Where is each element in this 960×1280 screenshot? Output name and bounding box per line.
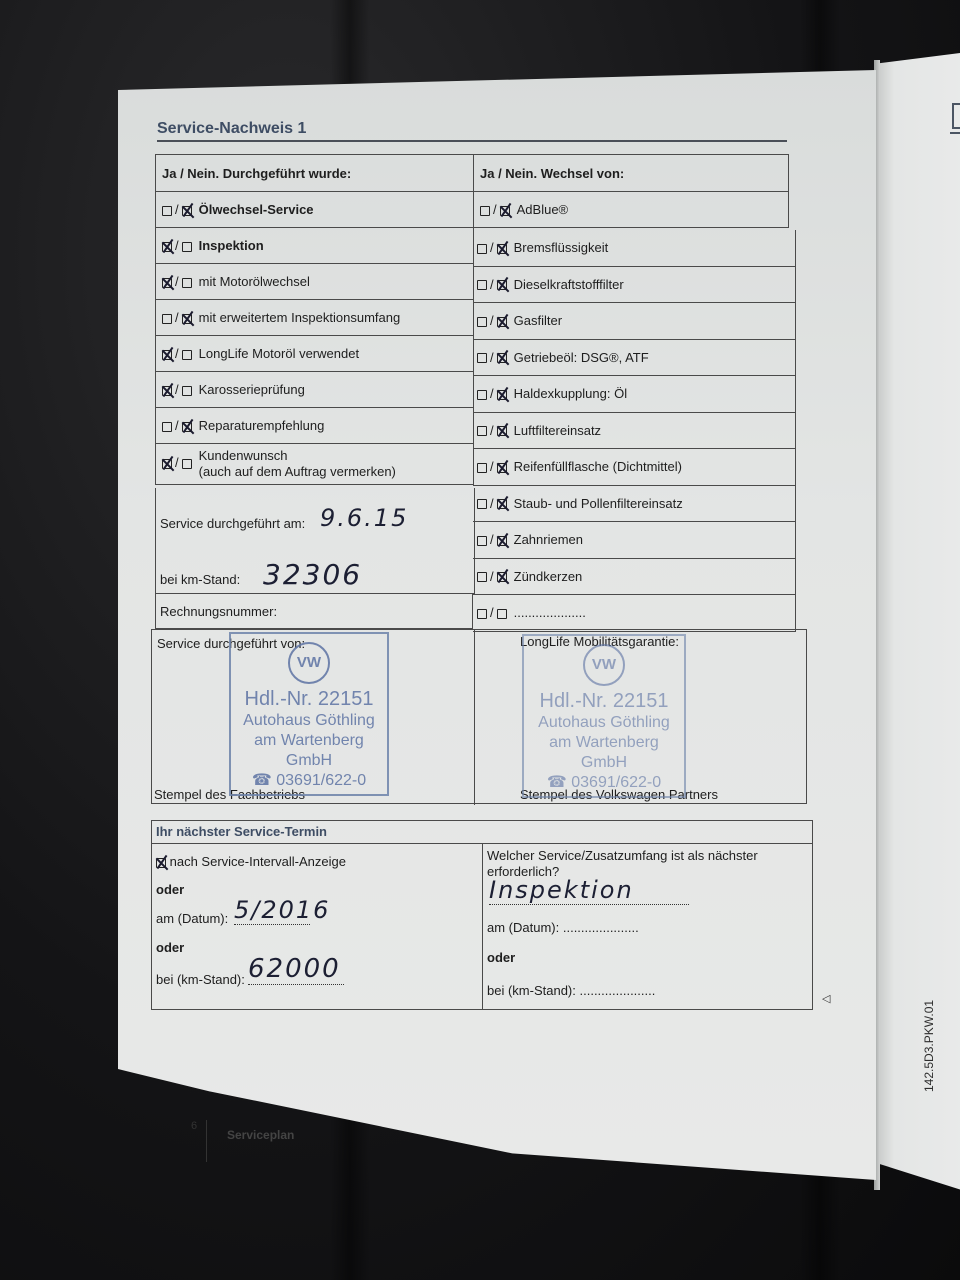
right-column-items: /Bremsflüssigkeit/Dieselkraftstofffilter…: [473, 230, 796, 632]
no-checkbox[interactable]: [182, 278, 192, 288]
check-mark-icon: [183, 315, 193, 325]
check-mark-icon: [183, 207, 193, 217]
separator: /: [493, 202, 497, 217]
separator: /: [490, 240, 494, 255]
item-label: LongLife Motoröl verwendet: [199, 346, 359, 361]
check-mark-icon: [183, 423, 193, 433]
right-km-field: bei (km-Stand): .....................: [487, 983, 655, 998]
yes-checkbox[interactable]: [162, 459, 172, 469]
yes-no-checkboxes: /: [477, 532, 507, 547]
separator: /: [490, 569, 494, 584]
yes-no-checkboxes: /: [162, 418, 192, 433]
no-checkbox[interactable]: [497, 463, 507, 473]
interval-checkbox[interactable]: [156, 858, 166, 868]
next-service-heading: Ihr nächster Service-Termin: [152, 821, 812, 844]
yes-checkbox[interactable]: [480, 206, 490, 216]
stamp-phone: ☎ 03691/622-0: [524, 773, 684, 793]
right-item: /Bremsflüssigkeit: [473, 230, 796, 267]
left-item: /mit Motorölwechsel: [156, 264, 474, 300]
check-mark-icon: [498, 391, 508, 401]
left-item: /Reparaturempfehlung: [156, 408, 474, 444]
no-checkbox[interactable]: [182, 314, 192, 324]
yes-no-checkboxes: /: [477, 496, 507, 511]
next-service-left: nach Service-Intervall-Anzeige oder am (…: [152, 844, 483, 1009]
item-label: Dieselkraftstofffilter: [514, 277, 624, 292]
stamps-row: Service durchgeführt von: Stempel des Fa…: [151, 629, 807, 804]
check-mark-icon: [157, 859, 167, 869]
right-date-field: am (Datum): .....................: [487, 920, 639, 935]
item-label: Staub- und Pollenfiltereinsatz: [514, 496, 683, 511]
next-km-value[interactable]: 62000: [248, 954, 344, 985]
stamp-phone: ☎ 03691/622-0: [231, 771, 387, 791]
stamp-dealer-number: Hdl.-Nr. 22151: [524, 690, 684, 713]
yes-checkbox[interactable]: [477, 317, 487, 327]
no-checkbox[interactable]: [182, 422, 192, 432]
title-rule: [157, 140, 787, 142]
stamp-line-1: Autohaus Göthling: [524, 713, 684, 733]
left-item: /mit erweitertem Inspektionsumfang: [156, 300, 474, 336]
yes-checkbox[interactable]: [477, 609, 487, 619]
separator: /: [175, 202, 179, 217]
check-mark-icon: [498, 354, 508, 364]
yes-checkbox[interactable]: [477, 390, 487, 400]
no-checkbox[interactable]: [497, 280, 507, 290]
check-mark-icon: [498, 573, 508, 583]
invoice-label: Rechnungsnummer:: [160, 604, 277, 619]
item-label: Ölwechsel-Service: [199, 202, 314, 217]
item-label: mit erweitertem Inspektionsumfang: [199, 310, 401, 325]
yes-checkbox[interactable]: [477, 353, 487, 363]
item-label: Kundenwunsch(auch auf dem Auftrag vermer…: [199, 448, 396, 480]
yes-checkbox[interactable]: [162, 350, 172, 360]
or-label: oder: [156, 940, 184, 955]
left-item: /LongLife Motoröl verwendet: [156, 336, 474, 372]
item-label: Reifenfüllflasche (Dichtmittel): [514, 459, 682, 474]
no-checkbox[interactable]: [182, 242, 192, 252]
service-date-value[interactable]: 9.6.15: [320, 504, 408, 532]
stamp-dealer-number: Hdl.-Nr. 22151: [231, 688, 387, 711]
yes-checkbox[interactable]: [162, 422, 172, 432]
yes-no-checkboxes: /: [477, 240, 507, 255]
no-checkbox[interactable]: [182, 206, 192, 216]
separator: /: [490, 386, 494, 401]
yes-checkbox[interactable]: [477, 280, 487, 290]
right-km-label: bei (km-Stand):: [487, 983, 576, 998]
right-item: /Staub- und Pollenfiltereinsatz: [473, 486, 796, 523]
no-checkbox[interactable]: [497, 426, 507, 436]
check-mark-icon: [163, 351, 173, 361]
separator: /: [175, 418, 179, 433]
yes-no-checkboxes: /: [162, 238, 192, 253]
item-label-line-2: (auch auf dem Auftrag vermerken): [199, 464, 396, 480]
yes-no-checkboxes: /: [162, 346, 192, 361]
no-checkbox[interactable]: [497, 244, 507, 254]
separator: /: [175, 310, 179, 325]
item-label-line-1: Kundenwunsch: [199, 448, 396, 464]
separator: /: [490, 423, 494, 438]
check-mark-icon: [498, 245, 508, 255]
separator: /: [490, 605, 494, 620]
interval-option[interactable]: nach Service-Intervall-Anzeige: [156, 854, 346, 869]
check-mark-icon: [501, 207, 511, 217]
separator: /: [490, 459, 494, 474]
right-item: /Gasfilter: [473, 303, 796, 340]
yes-no-checkboxes: /: [162, 202, 192, 217]
yes-no-checkboxes: /: [477, 277, 507, 292]
yes-no-checkboxes: /: [477, 386, 507, 401]
next-date-label: am (Datum):: [156, 911, 228, 926]
right-item: /Getriebeöl: DSG®, ATF: [473, 340, 796, 377]
item-label: Getriebeöl: DSG®, ATF: [514, 350, 649, 365]
footer-divider: [206, 1120, 207, 1162]
no-checkbox[interactable]: [497, 390, 507, 400]
right-item: /Haldexkupplung: Öl: [473, 376, 796, 413]
service-date-label: Service durchgeführt am:: [160, 516, 305, 531]
left-item: /Inspektion: [156, 228, 474, 264]
yes-checkbox[interactable]: [162, 314, 172, 324]
left-column-header: Ja / Nein. Durchgeführt wurde:: [156, 155, 474, 192]
yes-checkbox[interactable]: [162, 242, 172, 252]
item-label: Haldexkupplung: Öl: [514, 386, 627, 401]
left-item: /Karosserieprüfung: [156, 372, 474, 408]
item-label[interactable]: ....................: [514, 605, 586, 620]
yes-no-checkboxes: /: [477, 350, 507, 365]
separator: /: [490, 532, 494, 547]
right-item: /Zahnriemen: [473, 522, 796, 559]
right-item: /Luftfiltereinsatz: [473, 413, 796, 450]
item-label: Inspektion: [199, 238, 264, 253]
no-checkbox[interactable]: [182, 350, 192, 360]
yes-checkbox[interactable]: [477, 244, 487, 254]
triangle-marker-icon: ◁: [822, 992, 830, 1005]
check-mark-icon: [498, 500, 508, 510]
check-mark-icon: [498, 537, 508, 547]
item-label: Reparaturempfehlung: [199, 418, 325, 433]
yes-no-checkboxes: /: [477, 313, 507, 328]
right-km-value[interactable]: .....................: [580, 983, 656, 998]
check-mark-icon: [163, 279, 173, 289]
next-service-right: Welcher Service/Zusatzumfang ist als näc…: [483, 844, 812, 1009]
separator: /: [175, 346, 179, 361]
item-label: Zahnriemen: [514, 532, 583, 547]
check-mark-icon: [163, 460, 173, 470]
yes-no-checkboxes: /: [477, 459, 507, 474]
check-mark-icon: [163, 387, 173, 397]
yes-no-checkboxes: /: [477, 605, 507, 620]
separator: /: [490, 496, 494, 511]
yes-no-checkboxes: /: [480, 202, 510, 217]
separator: /: [175, 455, 179, 470]
right-item: /Zündkerzen: [473, 559, 796, 596]
item-label: AdBlue®: [517, 202, 569, 217]
next-date-value[interactable]: 5/2016: [234, 896, 310, 925]
item-label: Bremsflüssigkeit: [514, 240, 609, 255]
item-label: Karosserieprüfung: [199, 382, 305, 397]
section-name: Serviceplan: [227, 1128, 294, 1142]
facing-page: 142.5D3.PKW.01: [878, 52, 960, 1192]
separator: /: [490, 313, 494, 328]
item-label: Zündkerzen: [514, 569, 583, 584]
right-date-label: am (Datum):: [487, 920, 559, 935]
item-label: mit Motorölwechsel: [199, 274, 310, 289]
stamps-divider: [474, 630, 475, 805]
right-item: /....................: [473, 595, 796, 632]
km-label: bei km-Stand:: [160, 572, 240, 587]
partner-stamp: VW Hdl.-Nr. 22151 Autohaus Göthling am W…: [522, 634, 686, 798]
interval-label: nach Service-Intervall-Anzeige: [170, 854, 346, 869]
yes-checkbox[interactable]: [162, 278, 172, 288]
stamp-line-1: Autohaus Göthling: [231, 711, 387, 731]
separator: /: [490, 350, 494, 365]
page-title: Service-Nachweis 1: [157, 120, 306, 138]
yes-checkbox[interactable]: [477, 572, 487, 582]
next-service-answer[interactable]: Inspektion: [489, 876, 689, 905]
check-mark-icon: [163, 243, 173, 253]
yes-no-checkboxes: /: [477, 423, 507, 438]
right-date-value[interactable]: .....................: [563, 920, 639, 935]
no-checkbox[interactable]: [497, 353, 507, 363]
separator: /: [175, 382, 179, 397]
yes-checkbox[interactable]: [477, 426, 487, 436]
no-checkbox[interactable]: [497, 536, 507, 546]
yes-no-checkboxes: /: [477, 569, 507, 584]
vw-logo-icon: VW: [583, 644, 625, 686]
yes-no-checkboxes: /: [162, 382, 192, 397]
right-item: /AdBlue®: [474, 192, 789, 228]
yes-checkbox[interactable]: [162, 386, 172, 396]
no-checkbox[interactable]: [497, 609, 507, 619]
yes-no-checkboxes: /: [162, 455, 192, 470]
no-checkbox[interactable]: [182, 459, 192, 469]
no-checkbox[interactable]: [182, 386, 192, 396]
right-column-header: Ja / Nein. Wechsel von:: [474, 155, 789, 192]
stamp-line-2: am Wartenberg GmbH: [524, 733, 684, 773]
yes-checkbox[interactable]: [477, 499, 487, 509]
check-mark-icon: [498, 427, 508, 437]
no-checkbox[interactable]: [497, 572, 507, 582]
right-item: /Reifenfüllflasche (Dichtmittel): [473, 449, 796, 486]
document-code: 142.5D3.PKW.01: [922, 1000, 936, 1092]
vw-logo-icon: VW: [288, 642, 330, 684]
no-checkbox[interactable]: [497, 317, 507, 327]
item-label: Gasfilter: [514, 313, 562, 328]
separator: /: [175, 274, 179, 289]
left-item: /Ölwechsel-Service: [156, 192, 474, 228]
check-mark-icon: [498, 318, 508, 328]
no-checkbox[interactable]: [500, 206, 510, 216]
next-km-label: bei (km-Stand):: [156, 972, 245, 987]
yes-checkbox[interactable]: [477, 463, 487, 473]
right-item: /Dieselkraftstofffilter: [473, 267, 796, 304]
km-value[interactable]: 32306: [263, 558, 362, 591]
stamp-line-2: am Wartenberg GmbH: [231, 731, 387, 771]
facing-page-rule: [950, 132, 960, 134]
yes-no-checkboxes: /: [162, 310, 192, 325]
table-row: /Ölwechsel-Service/AdBlue®: [156, 192, 789, 228]
no-checkbox[interactable]: [497, 499, 507, 509]
item-label: Luftfiltereinsatz: [514, 423, 601, 438]
or-label: oder: [156, 882, 184, 897]
or-label: oder: [487, 950, 515, 965]
next-service-box: Ihr nächster Service-Termin nach Service…: [151, 820, 813, 1010]
left-item: /Kundenwunsch(auch auf dem Auftrag verme…: [156, 444, 474, 485]
facing-page-letter: [952, 103, 960, 129]
yes-checkbox[interactable]: [477, 536, 487, 546]
check-mark-icon: [498, 281, 508, 291]
page-number: 6: [191, 1120, 197, 1132]
yes-checkbox[interactable]: [162, 206, 172, 216]
invoice-cell: Rechnungsnummer:: [155, 593, 473, 629]
separator: /: [175, 238, 179, 253]
check-mark-icon: [498, 464, 508, 474]
yes-no-checkboxes: /: [162, 274, 192, 289]
dealer-stamp: VW Hdl.-Nr. 22151 Autohaus Göthling am W…: [229, 632, 389, 796]
separator: /: [490, 277, 494, 292]
